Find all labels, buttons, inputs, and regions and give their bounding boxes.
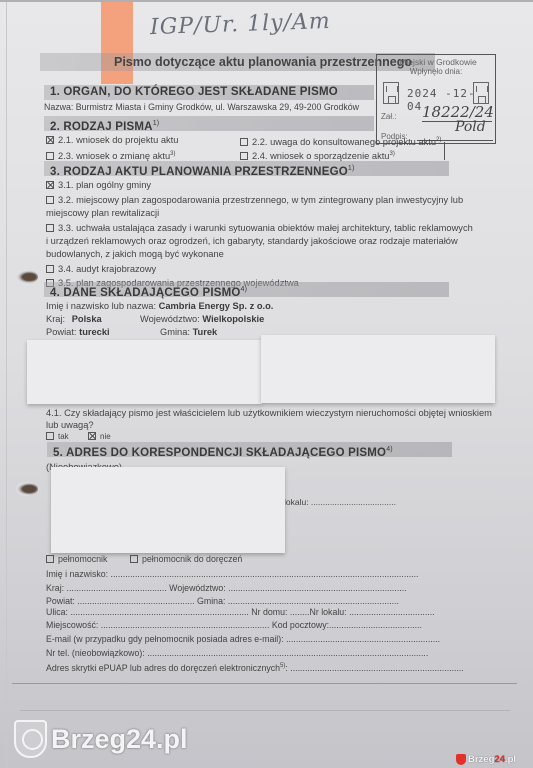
checkbox[interactable]	[46, 196, 54, 204]
checkbox[interactable]	[46, 224, 54, 232]
footnote-marker: 1)	[153, 120, 160, 127]
stamp-office: Miejski w Grodkowie	[379, 57, 497, 67]
option-3-2-continuation: miejscowy plan rewitalizacji	[46, 207, 159, 219]
option-3-3[interactable]: 3.3. uchwała ustalająca zasady i warunki…	[46, 222, 473, 234]
organ-name-label: Nazwa:	[44, 102, 73, 112]
stamp-signature: Pold	[455, 119, 486, 135]
county-label: Powiat:	[46, 327, 77, 337]
commune-label: Gmina:	[160, 327, 190, 337]
redaction-patch	[51, 467, 285, 553]
section-2-heading: 2. RODZAJ PISMA1)	[44, 116, 374, 131]
field-name[interactable]: Imię i nazwisko: .......................…	[46, 568, 418, 580]
voivodeship-value: Wielkopolskie	[202, 314, 264, 324]
option-2-3[interactable]: 2.3. wniosek o zmianę aktu3)	[46, 148, 175, 162]
received-stamp: Miejski w Grodkowie Wpłynęło dnia: 2024 …	[376, 54, 496, 144]
proxy-label: pełnomocnik	[58, 554, 107, 564]
option-3-2[interactable]: 3.2. miejscowy plan zagospodarowania prz…	[46, 194, 463, 206]
section-1-heading-text: 1. ORGAN, DO KTÓREGO JEST SKŁADANE PISMO	[50, 86, 338, 98]
option-label: 2.2. uwaga do konsultowanego projektu ak…	[252, 137, 436, 147]
punch-hole	[16, 482, 38, 496]
section-4-heading-text: 4. DANE SKŁADAJĄCEGO PISMO	[50, 287, 241, 299]
brzeg24-corner-logo: Brzeg24.pl	[456, 754, 516, 765]
redaction-patch	[27, 340, 262, 404]
redaction-patch	[261, 335, 495, 403]
proxy-delivery-option[interactable]: pełnomocnik do doręczeń	[130, 553, 242, 565]
option-label: 3.1. plan ogólny gminy	[58, 180, 151, 190]
ownership-question-continuation: lub uwagą?	[46, 419, 94, 431]
applicant-county-line: Powiat: turecki	[46, 326, 110, 338]
applicant-voivodeship-line: Województwo: Wielkopolskie	[140, 313, 264, 325]
answer-no-label: nie	[100, 432, 111, 441]
red-shield-icon	[456, 754, 466, 765]
checkbox[interactable]	[46, 152, 54, 160]
orange-sticky-tab	[101, 2, 133, 84]
watermark-text: Brzeg24.pl	[51, 724, 188, 755]
anchor-shield-icon	[14, 720, 47, 758]
signature-stroke	[444, 142, 445, 160]
footnote-marker: 2)	[436, 137, 441, 143]
field-phone[interactable]: Nr tel. (nieobowiązkowo): ..............…	[46, 647, 428, 659]
voivodeship-label: Województwo:	[140, 314, 200, 324]
checkbox[interactable]	[46, 555, 54, 563]
section-5-heading: 5. ADRES DO KORESPONDENCJI SKŁADAJĄCEGO …	[47, 442, 452, 457]
brzeg24-watermark: Brzeg24.pl	[14, 720, 188, 758]
proxy-option[interactable]: pełnomocnik	[46, 553, 107, 565]
county-value: turecki	[79, 327, 110, 337]
footnote-marker: 4)	[386, 446, 393, 453]
ownership-question: 4.1. Czy składający pismo jest właścicie…	[46, 407, 492, 419]
epuap-dots: : ......................................…	[285, 663, 463, 673]
applicant-name-value: Cambria Energy Sp. z o.o.	[159, 301, 274, 311]
applicant-name-label: Imię i nazwisko lub nazwa:	[46, 301, 156, 311]
applicant-name-line: Imię i nazwisko lub nazwa: Cambria Energ…	[46, 300, 273, 312]
checkbox-checked[interactable]	[46, 181, 54, 189]
footnote-marker: 1)	[348, 165, 355, 172]
checkbox[interactable]	[130, 555, 138, 563]
logo-accent: 24	[494, 754, 505, 765]
section-1-heading: 1. ORGAN, DO KTÓREGO JEST SKŁADANE PISMO	[44, 85, 374, 100]
partial-lokalu-field: lokalu: ................................…	[284, 496, 396, 508]
section-5-heading-text: 5. ADRES DO KORESPONDENCJI SKŁADAJĄCEGO …	[53, 447, 386, 459]
faint-divider	[20, 710, 510, 711]
applicant-country-line: Kraj: Polska	[46, 313, 102, 325]
option-2-2[interactable]: 2.2. uwaga do konsultowanego projektu ak…	[240, 134, 441, 148]
stamp-received-label: Wpłynęło dnia:	[377, 67, 495, 76]
option-label: 3.4. audyt krajobrazowy	[58, 264, 156, 274]
epuap-label: Adres skrytki ePUAP lub adres do doręcze…	[46, 663, 280, 673]
section-2-heading-text: 2. RODZAJ PISMA	[50, 121, 153, 133]
scanned-document: IGP/Ur. 1ly/Am Pismo dotyczące aktu plan…	[0, 0, 533, 768]
footnote-marker: 3)	[389, 151, 394, 157]
option-label: 3.3. uchwała ustalająca zasady i warunki…	[58, 223, 473, 233]
stamp-attachment-label: Zał.:	[381, 112, 397, 121]
option-label: 2.4. wniosek o sporządzenie aktu	[252, 151, 389, 161]
handwritten-note: IGP/Ur. 1ly/Am	[150, 9, 331, 40]
answer-yes-label: tak	[58, 432, 69, 441]
castle-tower-icon	[383, 82, 399, 104]
checkbox-checked[interactable]	[88, 432, 96, 440]
option-3-3-continuation: i urządzeń reklamowych oraz ogrodzeń, ic…	[46, 235, 458, 247]
field-city[interactable]: Miejscowość: ...........................…	[46, 619, 422, 631]
logo-prefix: Brzeg	[468, 754, 494, 765]
option-3-4[interactable]: 3.4. audyt krajobrazowy	[46, 263, 156, 275]
logo-suffix: .pl	[505, 754, 516, 765]
option-3-3-continuation-2: budowlanych, z jakich mogą być wykonane	[46, 248, 224, 260]
section-3-heading: 3. RODZAJ AKTU PLANOWANIA PRZESTRZENNEGO…	[44, 161, 449, 176]
checkbox[interactable]	[240, 152, 248, 160]
organ-name-line: Nazwa: Burmistrz Miasta i Gminy Grodków,…	[44, 101, 359, 113]
country-label: Kraj:	[46, 314, 65, 324]
footnote-marker: 3)	[170, 151, 175, 157]
option-2-1[interactable]: 2.1. wniosek do projektu aktu	[46, 134, 178, 146]
field-country[interactable]: Kraj: ..................................…	[46, 582, 407, 594]
option-label: 3.2. miejscowy plan zagospodarowania prz…	[58, 195, 463, 205]
commune-value: Turek	[193, 327, 218, 337]
organ-name-value: Burmistrz Miasta i Gminy Grodków, ul. Wa…	[76, 102, 359, 112]
checkbox[interactable]	[46, 265, 54, 273]
castle-tower-icon	[473, 82, 489, 104]
footnote-marker: 4)	[241, 286, 248, 293]
field-epuap[interactable]: Adres skrytki ePUAP lub adres do doręcze…	[46, 660, 464, 674]
checkbox[interactable]	[46, 432, 54, 440]
field-email[interactable]: E-mail (w przypadku gdy pełnomocnik posi…	[46, 633, 440, 645]
section-divider	[12, 683, 517, 684]
checkbox-checked[interactable]	[46, 136, 54, 144]
country-value: Polska	[72, 314, 102, 324]
punch-hole	[16, 270, 38, 284]
option-label: 2.3. wniosek o zmianę aktu	[58, 151, 170, 161]
field-street[interactable]: Ulica: .................................…	[46, 606, 435, 618]
option-label: 2.1. wniosek do projektu aktu	[58, 135, 178, 145]
option-3-1[interactable]: 3.1. plan ogólny gminy	[46, 179, 151, 191]
checkbox[interactable]	[240, 138, 248, 146]
section-4-heading: 4. DANE SKŁADAJĄCEGO PISMO4)	[44, 282, 449, 297]
section-3-heading-text: 3. RODZAJ AKTU PLANOWANIA PRZESTRZENNEGO	[50, 166, 348, 178]
applicant-commune-line: Gmina: Turek	[160, 326, 217, 338]
proxy-delivery-label: pełnomocnik do doręczeń	[142, 554, 242, 564]
option-2-4[interactable]: 2.4. wniosek o sporządzenie aktu3)	[240, 148, 395, 162]
